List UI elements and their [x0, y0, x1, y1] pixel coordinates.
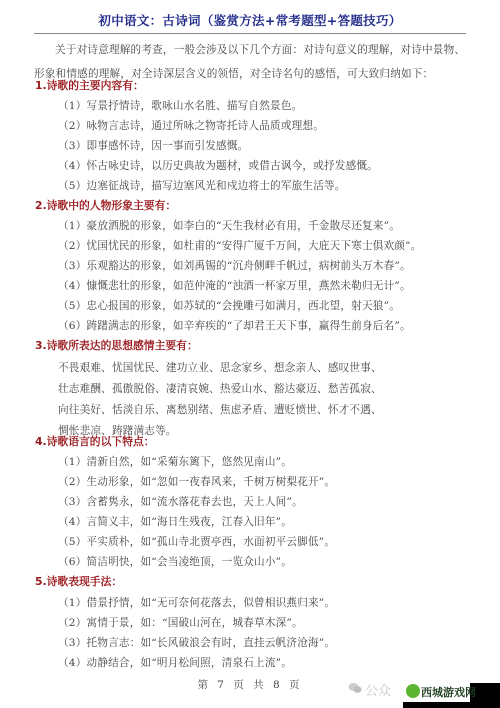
list-item: （3）托物言志：如“长风破浪会有时，直挂云帆济沧海”。 [58, 635, 335, 650]
watermark-site-name: 西城游戏网 [421, 684, 476, 700]
section-heading-1: 1.诗歌的主要内容有： [35, 78, 144, 93]
section-heading-3: 3.诗歌所表达的思想感情主要有： [35, 338, 198, 353]
list-item: （1）借景抒情，如“无可奈何花落去，似曾相识燕归来”。 [58, 595, 335, 610]
list-item: 不畏艰难、忧国忧民、建功立业、思念家乡、想念亲人、感叹世事、 [58, 360, 382, 375]
section-heading-5: 5.诗歌表现手法： [35, 574, 122, 589]
list-item: 壮志难酬、孤傲脱俗、凄清哀婉、热爱山水、豁达豪迈、愁苦孤寂、 [58, 381, 382, 396]
list-item: 向往美好、恬淡自乐、离愁别绪、焦虑矛盾、遭贬愤世、怀才不遇、 [58, 402, 382, 417]
section-heading-4: 4.诗歌语言的以下特点： [35, 434, 155, 449]
list-item: （4）言简义丰，如“海日生残夜，江春入旧年”。 [58, 514, 292, 529]
list-item: （2）咏物言志诗，通过所咏之物寄托诗人品质或理想。 [58, 118, 324, 133]
list-item: （1）写景抒情诗，歌咏山水名胜、描写自然景色。 [58, 98, 302, 113]
wechat-icon [348, 682, 362, 694]
list-item: （3）含蓄隽永，如“流水落花春去也，天上人间”。 [58, 494, 303, 509]
list-item: （1）豪放洒脱的形象，如李白的“天生我材必有用，千金散尽还复来”。 [58, 218, 400, 233]
list-item: （2）忧国忧民的形象，如杜甫的“安得广厦千万间，大庇天下寒士俱欢颜”。 [58, 238, 422, 253]
list-item: （5）平实质朴，如“孤山寺北贾亭西，水面初平云脚低”。 [58, 534, 335, 549]
watermark-wechat-label: 公众 [365, 680, 391, 699]
list-item: （1）清新自然，如“采菊东篱下，悠然见南山”。 [58, 454, 292, 469]
list-item: （6）踌躇满志的形象，如辛弃疾的“了却君王天下事，赢得生前身后名”。 [58, 318, 411, 333]
list-item: （2）寓情于景，如：“国破山河在，城春草木深”。 [58, 615, 303, 630]
list-item: （3）乐观豁达的形象，如刘禹锡的“沉舟侧畔千帆过，病树前头万木春”。 [58, 258, 411, 273]
section-heading-2: 2.诗歌中的人物形象主要有： [35, 198, 176, 213]
list-item: （4）怀古咏史诗，以历史典故为题材，或借古讽今，或抒发感慨。 [58, 158, 378, 173]
document-page: 初中语文：古诗词（鉴赏方法+常考题型+答题技巧） 关于对诗意理解的考查，一般会涉… [0, 0, 500, 708]
list-item: （5）边塞征战诗，描写边塞风光和戍边将士的军旅生活等。 [58, 178, 346, 193]
list-item: （6）简洁明快，如“会当凌绝顶，一览众山小”。 [58, 554, 292, 569]
list-item: （2）生动形象，如“忽如一夜春风来，千树万树梨花开”。 [58, 474, 335, 489]
list-item: （4）慷慨悲壮的形象，如范仲淹的“浊酒一杯家万里，燕然未勒归无计”。 [58, 278, 411, 293]
title-divider [34, 33, 466, 34]
site-logo-icon [406, 684, 420, 698]
document-title: 初中语文：古诗词（鉴赏方法+常考题型+答题技巧） [0, 11, 500, 29]
list-item: （4）动静结合，如“明月松间照，清泉石上流”。 [58, 655, 292, 670]
list-item: （5）忠心报国的形象，如苏轼的“会挽雕弓如满月，西北望，射天狼”。 [58, 298, 400, 313]
list-item: （3）即事感怀诗，因一事而引发感慨。 [58, 138, 248, 153]
